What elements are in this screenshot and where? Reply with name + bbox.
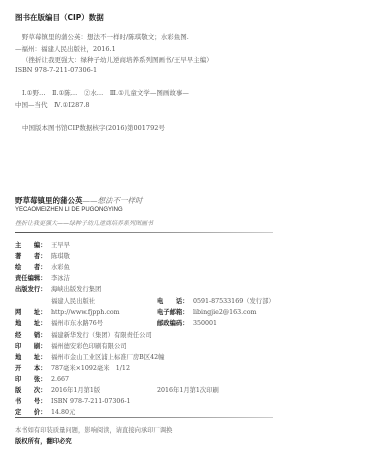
cip-line: 野草莓镇里的蒲公英：想法不一样时/陈琪敬文；水彩鱼图. <box>22 32 189 41</box>
info-printer: 印 刷：福州德安彩色印刷有限公司 <box>15 341 127 350</box>
info-publisher: 出版发行：海峡出版发行集团 <box>15 284 101 293</box>
info-author: 著 者：陈琪敬 <box>15 251 70 260</box>
divider-top <box>15 232 273 233</box>
cip-line: —福州：福建人民出版社，2016.1 <box>15 44 116 53</box>
info-format: 开 本：787毫米×1092毫米 1/12 <box>15 363 130 372</box>
info-postcode: 邮政编码：350001 <box>157 318 217 327</box>
info-address: 地 址：福州市东水路76号 <box>15 318 103 327</box>
info-price: 定 价：14.80元 <box>15 407 75 416</box>
info-distributor: 经 销：福建新华发行（集团）有限责任公司 <box>15 330 152 339</box>
book-title: 野草莓镇里的蒲公英——想法不一样时 <box>15 195 143 206</box>
cip-line: Ⅰ.①野… Ⅱ.①陈… ②水… Ⅲ.①儿童文学—图画故事— <box>22 88 189 97</box>
divider-bottom <box>15 417 273 418</box>
book-subtitle: ——想法不一样时 <box>83 196 143 205</box>
info-sheets: 印 张：2.667 <box>15 374 69 383</box>
cip-heading: 图书在版编目（CIP）数据 <box>15 12 104 23</box>
info-illustrator: 绘 者：水彩鱼 <box>15 262 70 271</box>
cip-line: 中国—当代 Ⅳ.①I287.8 <box>15 100 90 109</box>
info-printing: 2016年1月第1次印刷 <box>157 385 219 394</box>
cip-catalog-number: 中国版本图书馆CIP数据核字(2016)第001792号 <box>22 123 165 132</box>
info-website: 网 址：http://www.fjpph.com <box>15 307 120 316</box>
info-responsible-editor: 责任编辑：李冰洁 <box>15 273 70 282</box>
info-editor: 主 编：王早早 <box>15 240 70 249</box>
book-series: 挫折让我更强大——绿种子幼儿逆商培养系列图画书 <box>15 218 153 227</box>
book-title-main: 野草莓镇里的蒲公英 <box>15 196 83 205</box>
info-printer-address: 地 址：福州市金山工业区浦上标准厂房B区42幢 <box>15 352 164 361</box>
info-isbn: 书 号：ISBN 978-7-211-07306-1 <box>15 396 131 405</box>
cip-line: ISBN 978-7-211-07306-1 <box>15 66 97 74</box>
copyright-notice: 版权所有，翻印必究 <box>15 436 72 445</box>
info-email: 电子邮箱：libingjie2@163.com <box>157 307 256 316</box>
book-pinyin: YECAOMEIZHEN LI DE PUGONGYING <box>15 207 123 213</box>
info-edition: 版 次：2016年1月第1版 <box>15 385 100 394</box>
quality-notice: 本书如有印装质量问题，影响阅读，请直接向承印厂调换 <box>15 425 172 434</box>
info-publisher2: 福建人民出版社 <box>15 296 95 305</box>
info-phone: 电 话：0591-87533169（发行部） <box>157 296 275 305</box>
cip-line: （挫折让我更强大：绿种子幼儿逆商培养系列图画书/王早早主编） <box>22 55 213 64</box>
